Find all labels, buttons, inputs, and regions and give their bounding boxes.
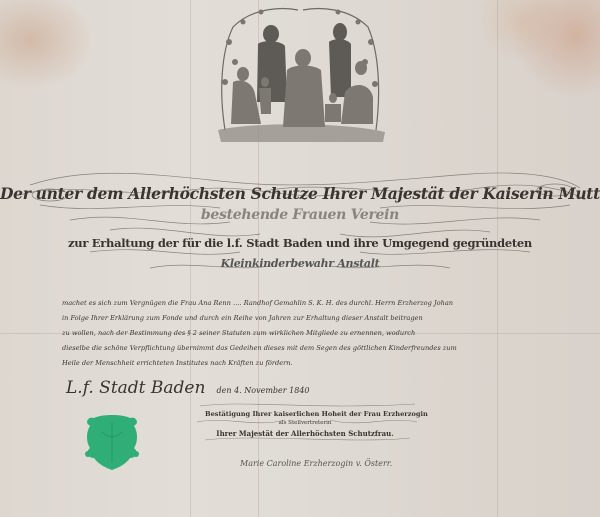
engraving-illustration-icon [213, 2, 388, 150]
place: L.f. Stadt Baden [66, 378, 205, 398]
body-line: in Folge Ihrer Erklärung zum Fonde und d… [62, 311, 562, 326]
date: den 4. November 1840 [217, 386, 310, 395]
confirmation-block: Bestätigung Ihrer kaiserlichen Hoheit de… [205, 410, 405, 438]
body-line: Heile der Menschheit errichteten Institu… [62, 356, 562, 371]
green-wax-seal-icon [84, 412, 140, 472]
title-line-1: Der unter dem Allerhöchsten Schutze Ihre… [0, 184, 600, 203]
place-and-date: L.f. Stadt Baden den 4. November 1840 [66, 378, 310, 398]
religious-engraving [213, 2, 388, 150]
body-line: dieselbe die schöne Verpflichtung überni… [62, 341, 562, 356]
title-line-4: Kleinkinderbewahr Anstalt [0, 257, 600, 270]
confirmation-line-1: Bestätigung Ihrer kaiserlichen Hoheit de… [205, 410, 405, 418]
confirmation-line-2: als Stellvertreterin [205, 420, 405, 426]
body-line: zu wollen, nach der Bestimmung des § 2 s… [62, 326, 562, 341]
signature: Marie Caroline Erzherzogin v. Österr. [240, 459, 392, 468]
title-line-3: zur Erhaltung der für die l.f. Stadt Bad… [0, 236, 600, 250]
body-paragraph: machet es sich zum Vergnügen die Frau An… [62, 296, 562, 371]
confirmation-line-3: Ihrer Majestät der Allerhöchsten Schutzf… [205, 429, 405, 438]
body-line: machet es sich zum Vergnügen die Frau An… [62, 296, 562, 311]
title-line-2: bestehende Frauen Verein [0, 207, 600, 223]
